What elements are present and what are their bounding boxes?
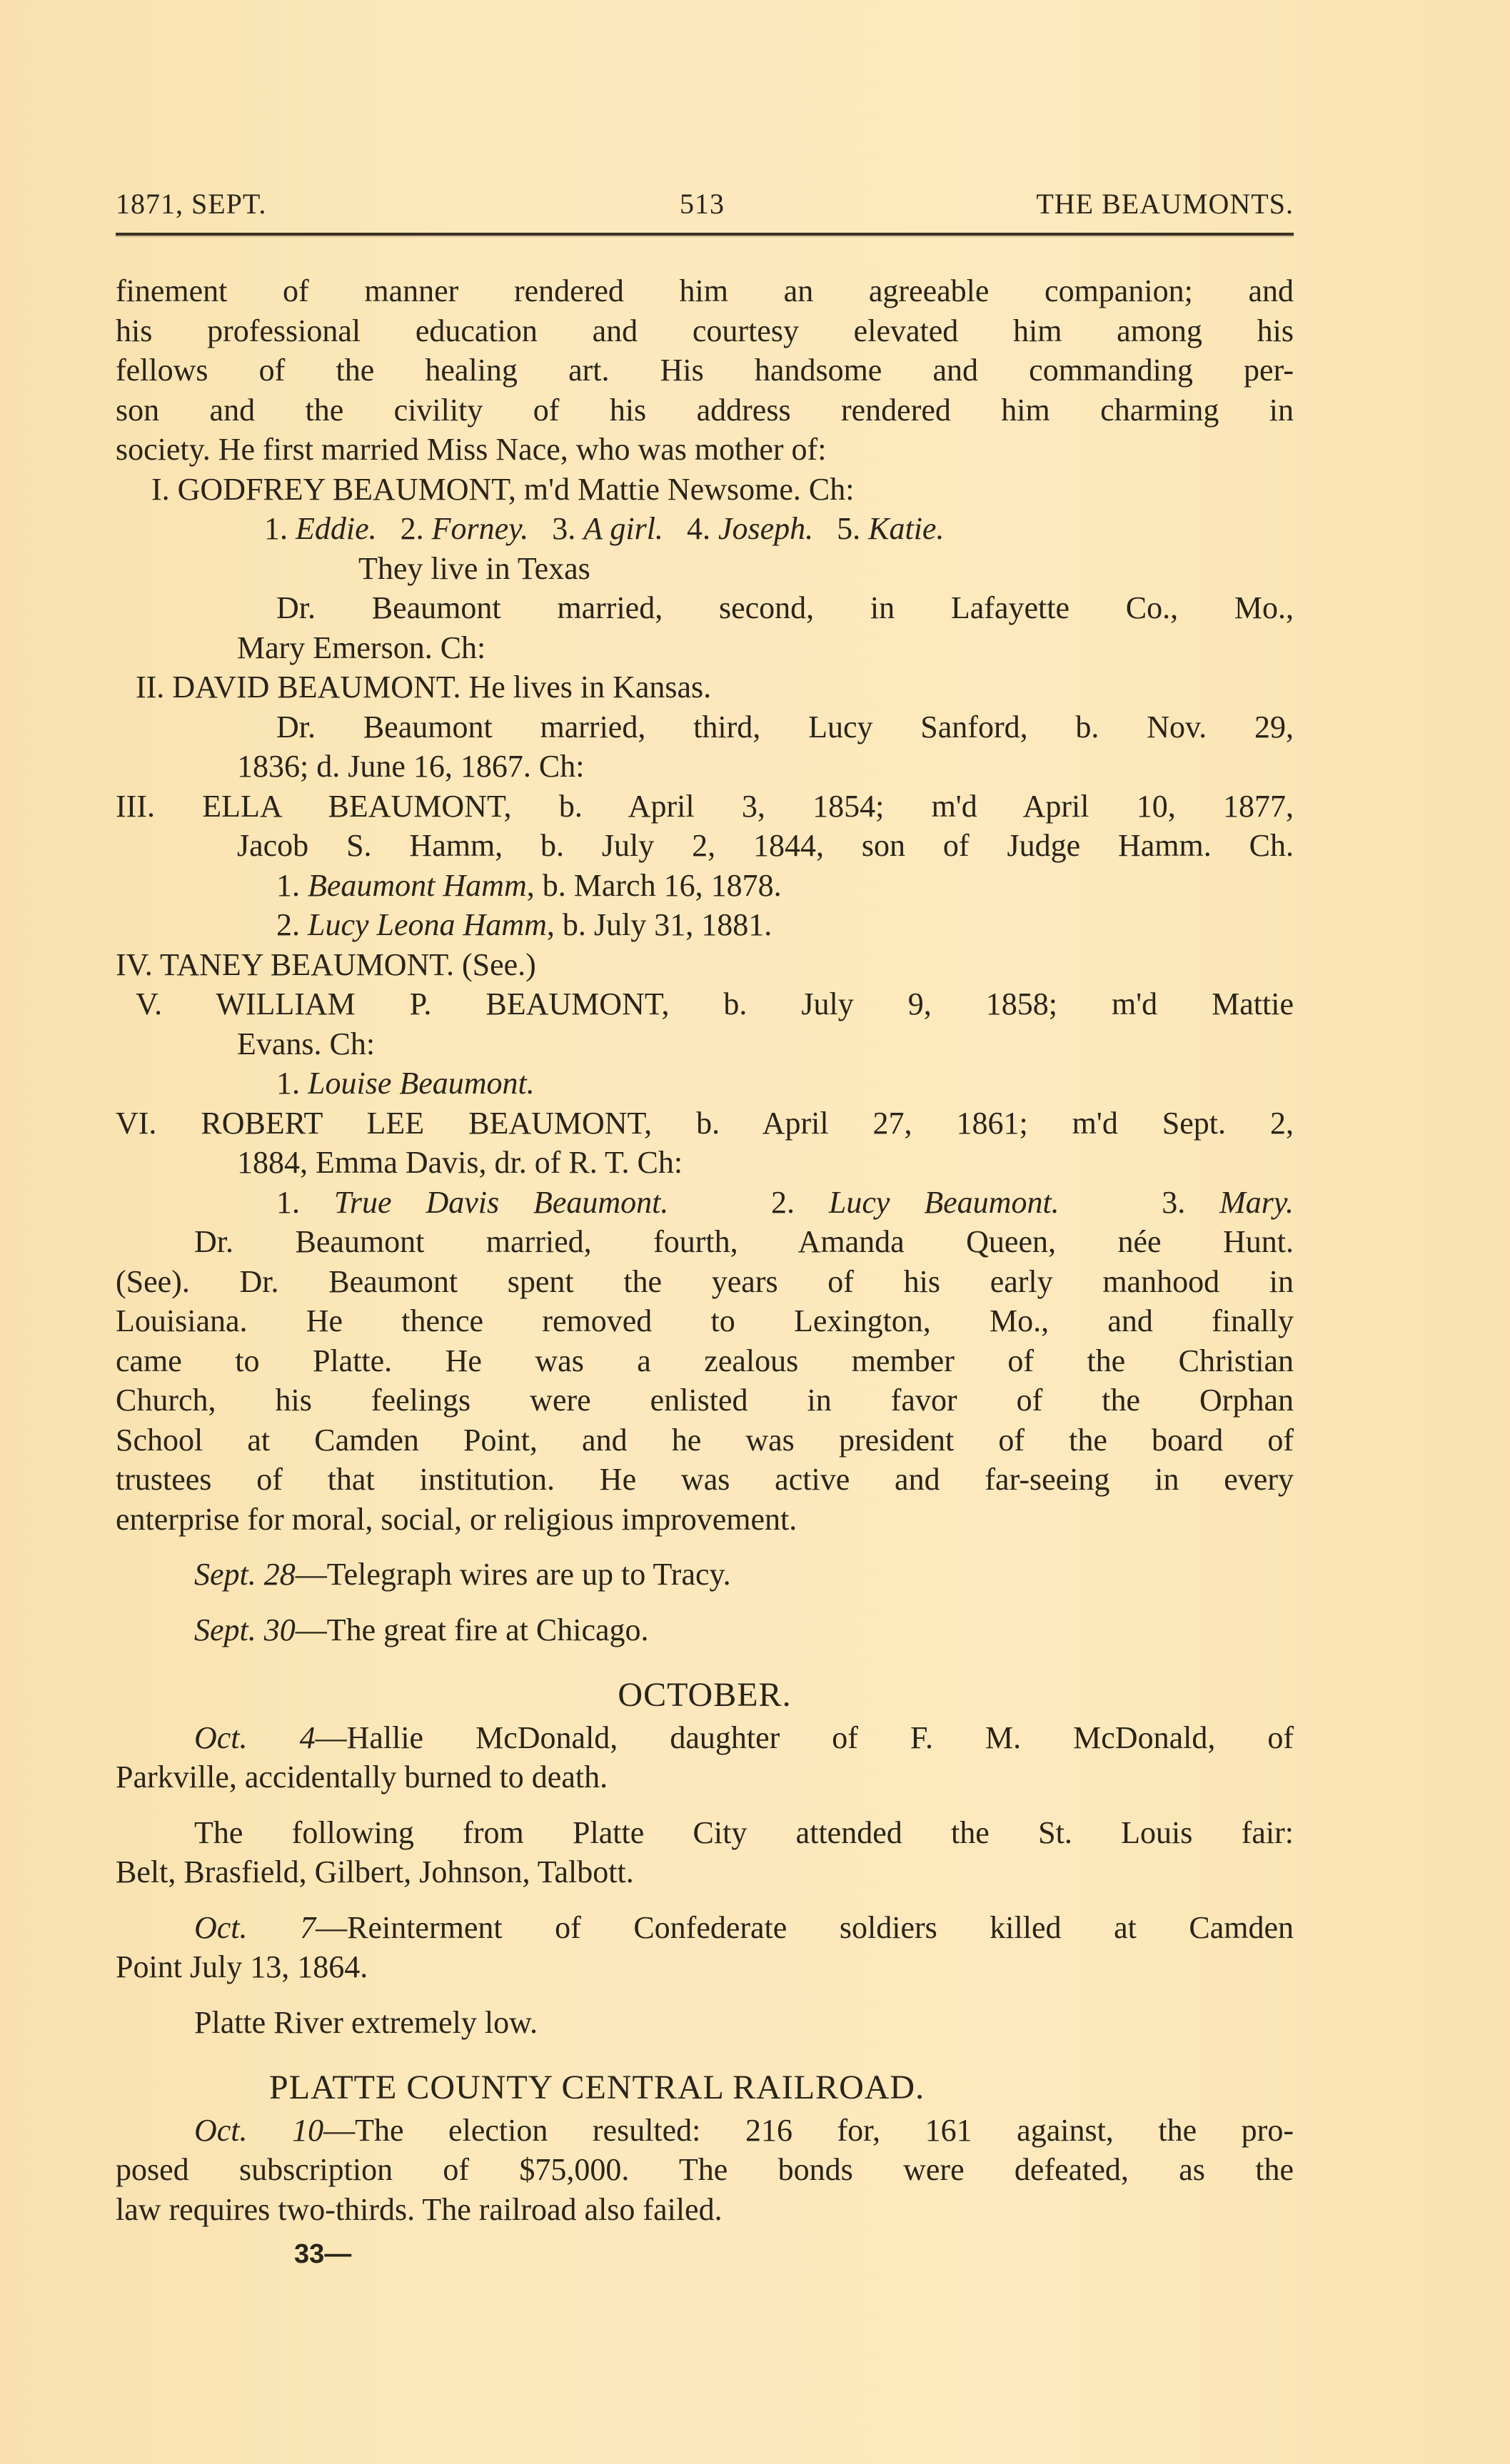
entry-date: Oct. 4: [194, 1720, 316, 1755]
chronicle-entry-sept-28: Sept. 28—Telegraph wires are up to Tracy…: [116, 1555, 1294, 1595]
child-entry-godfrey: I. GODFREY BEAUMONT, m'd Mattie Newsome.…: [116, 470, 1294, 510]
text-line: his professional education and courtesy …: [116, 311, 1294, 351]
entry-continuation: Jacob S. Hamm, b. July 2, 1844, son of J…: [116, 826, 1294, 866]
grandchild-name: Lucy Beaumont.: [829, 1185, 1059, 1220]
text-line: Dr. Beaumont married, fourth, Amanda Que…: [116, 1222, 1294, 1262]
grandchild-name: Beaumont Hamm: [308, 868, 527, 903]
entry-continuation: Evans. Ch:: [116, 1024, 1294, 1064]
text-line: Church, his feelings were enlisted in fa…: [116, 1380, 1294, 1420]
entry-date: Oct. 7: [194, 1910, 316, 1945]
signature-mark: 33—: [116, 2235, 1294, 2275]
grandchild-name: Forney.: [432, 511, 529, 546]
text-line: finement of manner rendered him an agree…: [116, 271, 1294, 311]
text-line: Parkville, accidentally burned to death.: [116, 1757, 1294, 1797]
child-entry-robert-lee: VI. ROBERT LEE BEAUMONT, b. April 27, 18…: [116, 1104, 1294, 1143]
section-heading-railroad: PLATTE COUNTY CENTRAL RAILROAD.: [116, 2068, 1294, 2108]
roman-numeral: III.: [116, 789, 155, 824]
running-head: 1871, SEPT. 513 THE BEAUMONTS.: [116, 187, 1294, 228]
residence-note: They live in Texas: [116, 549, 1294, 589]
running-head-date: 1871, SEPT.: [116, 187, 266, 221]
text-line: Point July 13, 1864.: [116, 1947, 1294, 1987]
fair-attendees-line2: Belt, Brasfield, Gilbert, Johnson, Talbo…: [116, 1852, 1294, 1892]
text-line: enterprise for moral, social, or religio…: [116, 1500, 1294, 1540]
grandchildren-list: 1. Eddie. 2. Forney. 3. A girl. 4. Josep…: [116, 509, 1294, 549]
entry-text: DAVID BEAUMONT. He lives in Kansas.: [172, 670, 711, 705]
child-entry-taney: IV. TANEY BEAUMONT. (See.): [116, 945, 1294, 985]
grandchild-line: 2. Lucy Leona Hamm, b. July 31, 1881.: [116, 905, 1294, 945]
text-line: trustees of that institution. He was act…: [116, 1460, 1294, 1500]
grandchild-name: Joseph.: [718, 511, 813, 546]
grandchild-name: Mary.: [1219, 1185, 1294, 1220]
chronicle-entry-oct-4: Oct. 4—Hallie McDonald, daughter of F. M…: [116, 1718, 1294, 1758]
grandchild-line: 1. Beaumont Hamm, b. March 16, 1878.: [116, 866, 1294, 906]
entry-text: TANEY BEAUMONT. (See.): [160, 947, 536, 982]
fair-attendees-line1: The following from Platte City attended …: [116, 1813, 1294, 1853]
roman-numeral: V.: [136, 986, 162, 1021]
grandchild-name: A girl.: [583, 511, 663, 546]
text-line: posed subscription of $75,000. The bonds…: [116, 2150, 1294, 2190]
intro-paragraph: finement of manner rendered him an agree…: [116, 271, 1294, 470]
chronicle-entry-oct-10: Oct. 10—The election resulted: 216 for, …: [116, 2111, 1294, 2151]
grandchild-name: Louise Beaumont.: [308, 1066, 535, 1101]
grandchild-line: 1. True Davis Beaumont. 2. Lucy Beaumont…: [116, 1183, 1294, 1223]
grandchild-name: True Davis Beaumont.: [334, 1185, 669, 1220]
marriage-second-line1: Dr. Beaumont married, second, in Lafayet…: [116, 588, 1294, 628]
text-line: fellows of the healing art. His handsome…: [116, 350, 1294, 390]
river-note: Platte River extremely low.: [116, 2003, 1294, 2043]
entry-continuation: 1884, Emma Davis, dr. of R. T. Ch:: [116, 1143, 1294, 1183]
body-text: finement of manner rendered him an agree…: [116, 271, 1294, 2275]
text-line: (See). Dr. Beaumont spent the years of h…: [116, 1262, 1294, 1302]
roman-numeral: I.: [151, 472, 170, 507]
child-entry-david: II. DAVID BEAUMONT. He lives in Kansas.: [116, 667, 1294, 707]
text-line: came to Platte. He was a zealous member …: [116, 1341, 1294, 1381]
grandchild-line: 1. Louise Beaumont.: [116, 1064, 1294, 1104]
child-entry-ella: III. ELLA BEAUMONT, b. April 3, 1854; m'…: [116, 787, 1294, 827]
running-head-title: THE BEAUMONTS.: [1036, 187, 1294, 221]
text-line: son and the civility of his address rend…: [116, 390, 1294, 430]
text-line: Louisiana. He thence removed to Lexingto…: [116, 1301, 1294, 1341]
entry-text: ROBERT LEE BEAUMONT, b. April 27, 1861; …: [201, 1106, 1294, 1141]
child-entry-william: V. WILLIAM P. BEAUMONT, b. July 9, 1858;…: [116, 984, 1294, 1024]
marriage-fourth-paragraph: Dr. Beaumont married, fourth, Amanda Que…: [116, 1222, 1294, 1539]
marriage-third-line1: Dr. Beaumont married, third, Lucy Sanfor…: [116, 707, 1294, 747]
roman-numeral: IV.: [116, 947, 153, 982]
marriage-third-line2: 1836; d. June 16, 1867. Ch:: [116, 747, 1294, 787]
marriage-second-line2: Mary Emerson. Ch:: [116, 628, 1294, 668]
section-heading-october: OCTOBER.: [116, 1675, 1294, 1715]
text-line: society. He first married Miss Nace, who…: [116, 430, 1294, 470]
grandchild-name: Katie.: [868, 511, 944, 546]
roman-numeral: VI.: [116, 1106, 156, 1141]
page-number: 513: [680, 187, 725, 221]
entry-text: GODFREY BEAUMONT, m'd Mattie Newsome. Ch…: [178, 472, 855, 507]
grandchild-name: Lucy Leona Hamm: [308, 907, 547, 942]
entry-text: WILLIAM P. BEAUMONT, b. July 9, 1858; m'…: [216, 986, 1294, 1021]
book-page: 1871, SEPT. 513 THE BEAUMONTS. finement …: [116, 187, 1294, 2275]
text-line: School at Camden Point, and he was presi…: [116, 1420, 1294, 1460]
entry-date: Sept. 30: [194, 1612, 296, 1647]
roman-numeral: II.: [136, 670, 164, 705]
entry-date: Oct. 10: [194, 2113, 323, 2148]
text-line: law requires two-thirds. The railroad al…: [116, 2190, 1294, 2230]
entry-date: Sept. 28: [194, 1557, 296, 1592]
chronicle-entry-sept-30: Sept. 30—The great fire at Chicago.: [116, 1610, 1294, 1650]
chronicle-entry-oct-7: Oct. 7—Reinterment of Confederate soldie…: [116, 1908, 1294, 1948]
grandchild-name: Eddie.: [296, 511, 377, 546]
header-rule: [116, 233, 1294, 236]
entry-text: ELLA BEAUMONT, b. April 3, 1854; m'd Apr…: [202, 789, 1294, 824]
